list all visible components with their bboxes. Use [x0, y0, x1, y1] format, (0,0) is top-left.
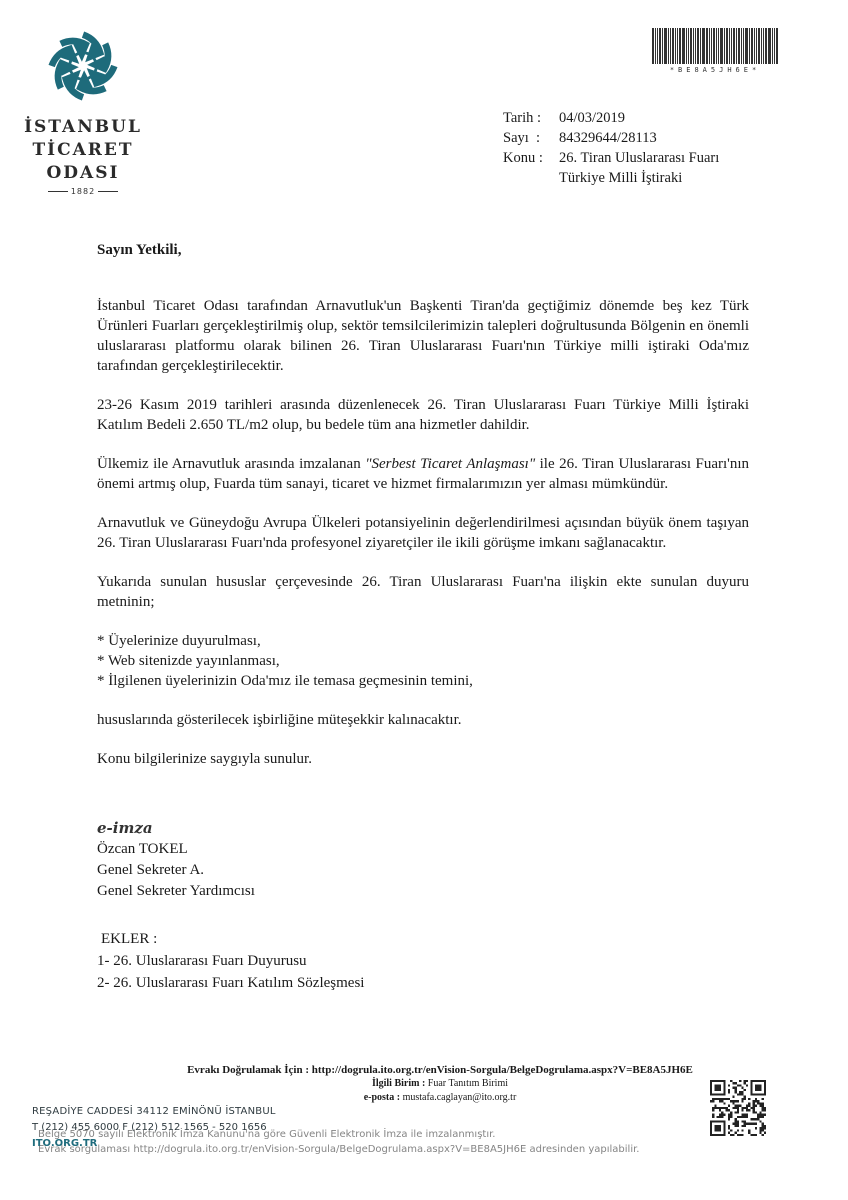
- list-item: * İlgilenen üyelerinizin Oda'mız ile tem…: [97, 671, 749, 691]
- org-name-line-3: ODASI: [18, 162, 148, 185]
- meta-label: Konu :: [503, 148, 559, 168]
- meta-label: [503, 168, 559, 188]
- letter-body: Sayın Yetkili, İstanbul Ticaret Odası ta…: [97, 240, 749, 788]
- salutation: Sayın Yetkili,: [97, 240, 749, 260]
- attachments: EKLER : 1- 26. Uluslararası Fuarı Duyuru…: [97, 928, 364, 994]
- unit-line: İlgili Birim : Fuar Tanıtım Birimi: [160, 1077, 720, 1091]
- meta-value: 84329644/28113: [559, 128, 657, 148]
- paragraph-4: Arnavutluk ve Güneydoğu Avrupa Ülkeleri …: [97, 513, 749, 553]
- barcode-text: *BE8A5JH6E*: [645, 66, 785, 74]
- signer-title-1: Genel Sekreter A.: [97, 860, 255, 881]
- office-phone: T (212) 455 6000 F (212) 512 1565 - 520 …: [32, 1122, 267, 1133]
- meta-subject-cont: Türkiye Milli İştiraki: [503, 168, 719, 188]
- signer-title-2: Genel Sekreter Yardımcısı: [97, 881, 255, 902]
- barcode-icon: [645, 28, 785, 64]
- meta-subject: Konu : 26. Tiran Uluslararası Fuarı: [503, 148, 719, 168]
- email-label: e-posta :: [364, 1092, 400, 1103]
- email-line: e-posta : mustafa.caglayan@ito.org.tr: [160, 1091, 720, 1105]
- meta-value: Türkiye Milli İştiraki: [559, 168, 682, 188]
- signature-block: e-imza Özcan TOKEL Genel Sekreter A. Gen…: [97, 818, 255, 902]
- office-address: REŞADİYE CADDESİ 34112 EMİNÖNÜ İSTANBUL: [32, 1106, 276, 1117]
- paragraph-5: Yukarıda sunulan hususlar çerçevesinde 2…: [97, 572, 749, 612]
- verify-link[interactable]: http://dogrula.ito.org.tr/enVision-Sorgu…: [312, 1064, 693, 1076]
- unit-value: Fuar Tanıtım Birimi: [428, 1078, 508, 1089]
- meta-date: Tarih : 04/03/2019: [503, 108, 719, 128]
- meta-number: Sayı : 84329644/28113: [503, 128, 719, 148]
- paragraph-6: hususlarında gösterilecek işbirliğine mü…: [97, 710, 749, 730]
- verify-line: Evrakı Doğrulamak İçin : http://dogrula.…: [160, 1063, 720, 1077]
- attachments-header: EKLER :: [101, 928, 364, 950]
- org-name-line-1: İSTANBUL: [18, 116, 148, 139]
- qr-code-icon: [710, 1080, 766, 1136]
- paragraph-3: Ülkemiz ile Arnavutluk arasında imzalana…: [97, 454, 749, 494]
- document-meta: Tarih : 04/03/2019 Sayı : 84329644/28113…: [503, 108, 719, 188]
- closing: Konu bilgilerinize saygıyla sunulur.: [97, 749, 749, 769]
- e-signature-mark: e-imza: [97, 818, 255, 839]
- unit-label: İlgili Birim :: [372, 1078, 425, 1089]
- esign-notice-line-2: Evrak sorgulaması http://dogrula.ito.org…: [38, 1144, 639, 1155]
- signer-name: Özcan TOKEL: [97, 839, 255, 860]
- org-name-line-2: TİCARET: [18, 139, 148, 162]
- request-list: * Üyelerinize duyurulması, * Web siteniz…: [97, 631, 749, 691]
- year-text: 1882: [71, 187, 95, 196]
- meta-value: 04/03/2019: [559, 108, 625, 128]
- office-website[interactable]: ITO.ORG.TR: [32, 1138, 97, 1149]
- verify-label: Evrakı Doğrulamak İçin :: [187, 1064, 309, 1076]
- ito-logo: İSTANBUL TİCARET ODASI 1882: [18, 28, 148, 196]
- text: Ülkemiz ile Arnavutluk arasında imzalana…: [97, 456, 365, 472]
- agreement-name: "Serbest Ticaret Anlaşması": [365, 456, 535, 472]
- meta-label: Tarih :: [503, 108, 559, 128]
- ito-rosette-icon: [45, 28, 121, 104]
- paragraph-1: İstanbul Ticaret Odası tarafından Arnavu…: [97, 296, 749, 376]
- meta-label: Sayı :: [503, 128, 559, 148]
- verification-info: Evrakı Doğrulamak İçin : http://dogrula.…: [160, 1063, 720, 1105]
- attachment-item: 1- 26. Uluslararası Fuarı Duyurusu: [97, 950, 364, 972]
- meta-value: 26. Tiran Uluslararası Fuarı: [559, 148, 719, 168]
- list-item: * Üyelerinize duyurulması,: [97, 631, 749, 651]
- org-founding-year: 1882: [18, 187, 148, 196]
- attachment-item: 2- 26. Uluslararası Fuarı Katılım Sözleş…: [97, 972, 364, 994]
- document-barcode: *BE8A5JH6E*: [645, 28, 785, 74]
- paragraph-2: 23-26 Kasım 2019 tarihleri arasında düze…: [97, 395, 749, 435]
- list-item: * Web sitenizde yayınlanması,: [97, 651, 749, 671]
- email-link[interactable]: mustafa.caglayan@ito.org.tr: [403, 1092, 517, 1103]
